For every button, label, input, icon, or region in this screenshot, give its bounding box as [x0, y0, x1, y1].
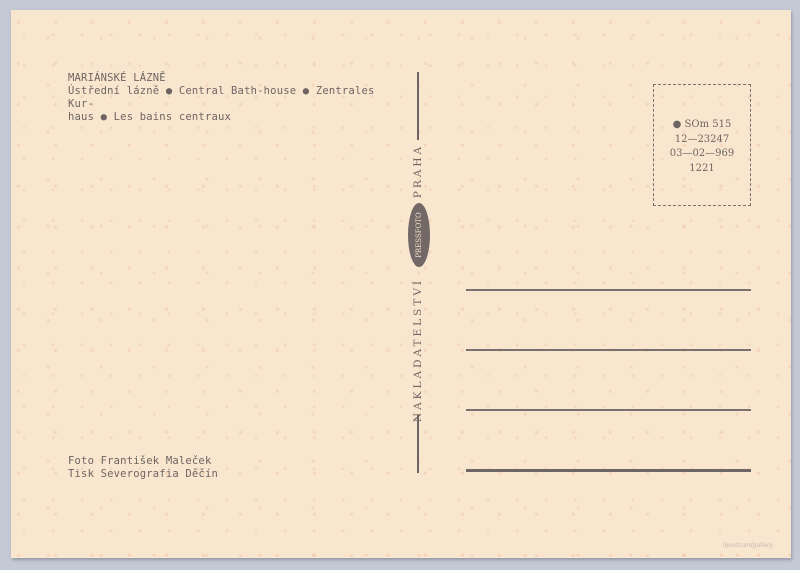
stamp-code-2: 12—23247: [654, 133, 750, 148]
caption-block: MARIÁNSKÉ LÁZNĚ Ústřední lázně ● Central…: [68, 72, 388, 124]
print-credit: Tisk Severografia Děčín: [68, 468, 218, 481]
logo-text: PRESSFOTO: [415, 212, 423, 258]
publisher-name: NAKLADATELSTVÍ: [412, 278, 424, 422]
divider-line-top: [417, 72, 419, 140]
address-line-4: [466, 469, 751, 472]
divider-line-bottom: [417, 415, 419, 473]
publisher-city: PRAHA: [412, 144, 424, 198]
address-line-1: [466, 289, 751, 291]
address-line-3: [466, 409, 751, 411]
credits-block: Foto František Maleček Tisk Severografia…: [68, 455, 218, 481]
postcard-back: MARIÁNSKÉ LÁZNĚ Ústřední lázně ● Central…: [11, 10, 791, 558]
pressfoto-logo: PRESSFOTO: [408, 203, 430, 267]
stamp-code-3: 03—02—969: [654, 147, 750, 162]
stamp-box: ● SOm 515 12—23247 03—02—969 1221: [653, 84, 751, 206]
caption-line-1: Ústřední lázně ● Central Bath-house ● Ze…: [68, 85, 388, 111]
stamp-code-4: 1221: [654, 162, 750, 177]
stamp-codes: ● SOm 515 12—23247 03—02—969 1221: [654, 118, 750, 176]
stamp-code-1: ● SOm 515: [654, 118, 750, 133]
caption-title: MARIÁNSKÉ LÁZNĚ: [68, 72, 388, 85]
photo-credit: Foto František Maleček: [68, 455, 218, 468]
address-line-2: [466, 349, 751, 351]
caption-line-2: haus ● Les bains centraux: [68, 111, 388, 124]
watermark: lipostcardgallery: [723, 542, 773, 549]
